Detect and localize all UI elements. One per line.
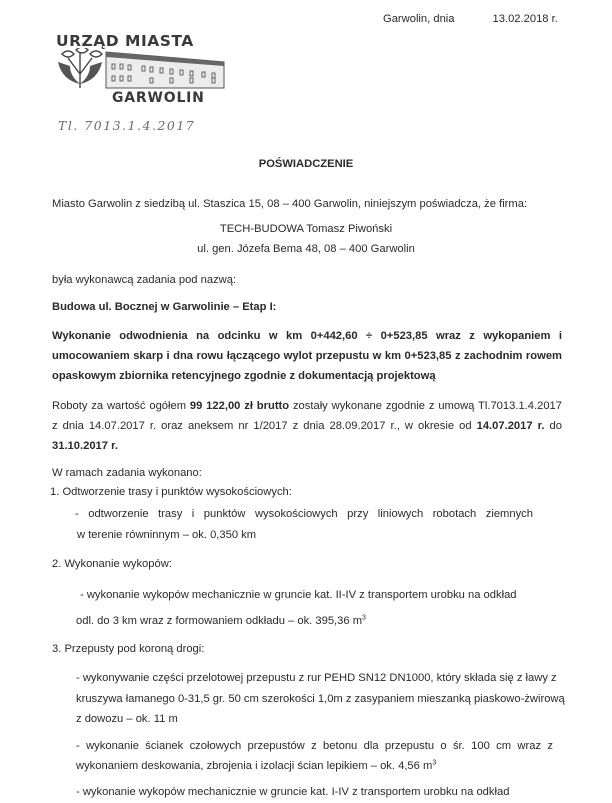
- task-description-line-3: opaskowym zbiornika retencyjnego zgodnie…: [52, 365, 562, 387]
- date-line: Garwolin, dnia13.02.2018 r.: [383, 13, 558, 25]
- value-line-1: Roboty za wartość ogółem 99 122,00 zł br…: [52, 395, 562, 417]
- company-name: TECH-BUDOWA Tomasz Piwoński: [0, 218, 612, 240]
- section-2-heading: 2. Wykonanie wykopów:: [52, 553, 562, 575]
- task-description-line-1: Wykonanie odwodnienia na odcinku w km 0+…: [52, 325, 562, 347]
- document-title: POŚWIADCZENIE: [0, 158, 612, 170]
- section-3-heading: 3. Przepusty pod koroną drogi:: [52, 638, 562, 660]
- section-3-item-3-line-1: - wykonanie wykopów mechanicznie w grunc…: [76, 781, 586, 803]
- company-address: ul. gen. Józefa Bema 48, 08 – 400 Garwol…: [0, 238, 612, 260]
- logo-city-name: GARWOLIN: [112, 90, 205, 106]
- section-3-item-1-line-3: z dowozu – ok. 11 m: [76, 708, 586, 730]
- end-date: 31.10.2017 r.: [52, 435, 562, 457]
- task-description-line-2: umocowaniem skarp i dna rowu łączącego w…: [52, 345, 562, 367]
- section-2-item-1-line-2: odl. do 3 km wraz z formowaniem odkładu …: [76, 610, 586, 632]
- section-1-item-1-line-1: - odtworzenie trasy i punktów wysokościo…: [75, 503, 533, 525]
- section-3-item-1-line-1: - wykonywanie części przelotowej przepus…: [76, 667, 566, 689]
- task-title: Budowa ul. Bocznej w Garwolinie – Etap I…: [52, 296, 562, 318]
- section-3-item-1-line-2: kruszywa łamanego 0-31,5 gr. 50 cm szero…: [76, 688, 566, 710]
- handwritten-reference: Tl. 7013.1.4.2017: [58, 118, 195, 133]
- task-intro: była wykonawcą zadania pod nazwą:: [52, 269, 562, 291]
- document-date: 13.02.2018 r.: [493, 13, 558, 25]
- section-3-item-2-line-1: - wykonanie ścianek czołowych przepustów…: [76, 735, 553, 757]
- section-2-item-1-line-1: - wykonanie wykopów mechanicznie w grunc…: [80, 584, 590, 606]
- section-3-item-2-line-2: wykonaniem deskowania, zbrojenia i izola…: [76, 755, 586, 777]
- city-hall-logo-icon: [54, 48, 226, 92]
- section-1-heading: 1. Odtworzenie trasy i punktów wysokości…: [50, 481, 560, 503]
- city-hall-logo: URZĄD MIASTA GARWOLIN: [54, 32, 226, 108]
- intro-paragraph: Miasto Garwolin z siedzibą ul. Staszica …: [52, 193, 562, 215]
- contract-amount: 99 122,00 zł brutto: [190, 400, 289, 412]
- place-label: Garwolin, dnia: [383, 13, 455, 25]
- value-line-2: z dnia 14.07.2017 r. oraz aneksem nr 1/2…: [52, 415, 562, 437]
- start-date: 14.07.2017 r.: [477, 420, 545, 432]
- section-1-item-1-line-2: w terenie równinnym – ok. 0,350 km: [77, 524, 587, 546]
